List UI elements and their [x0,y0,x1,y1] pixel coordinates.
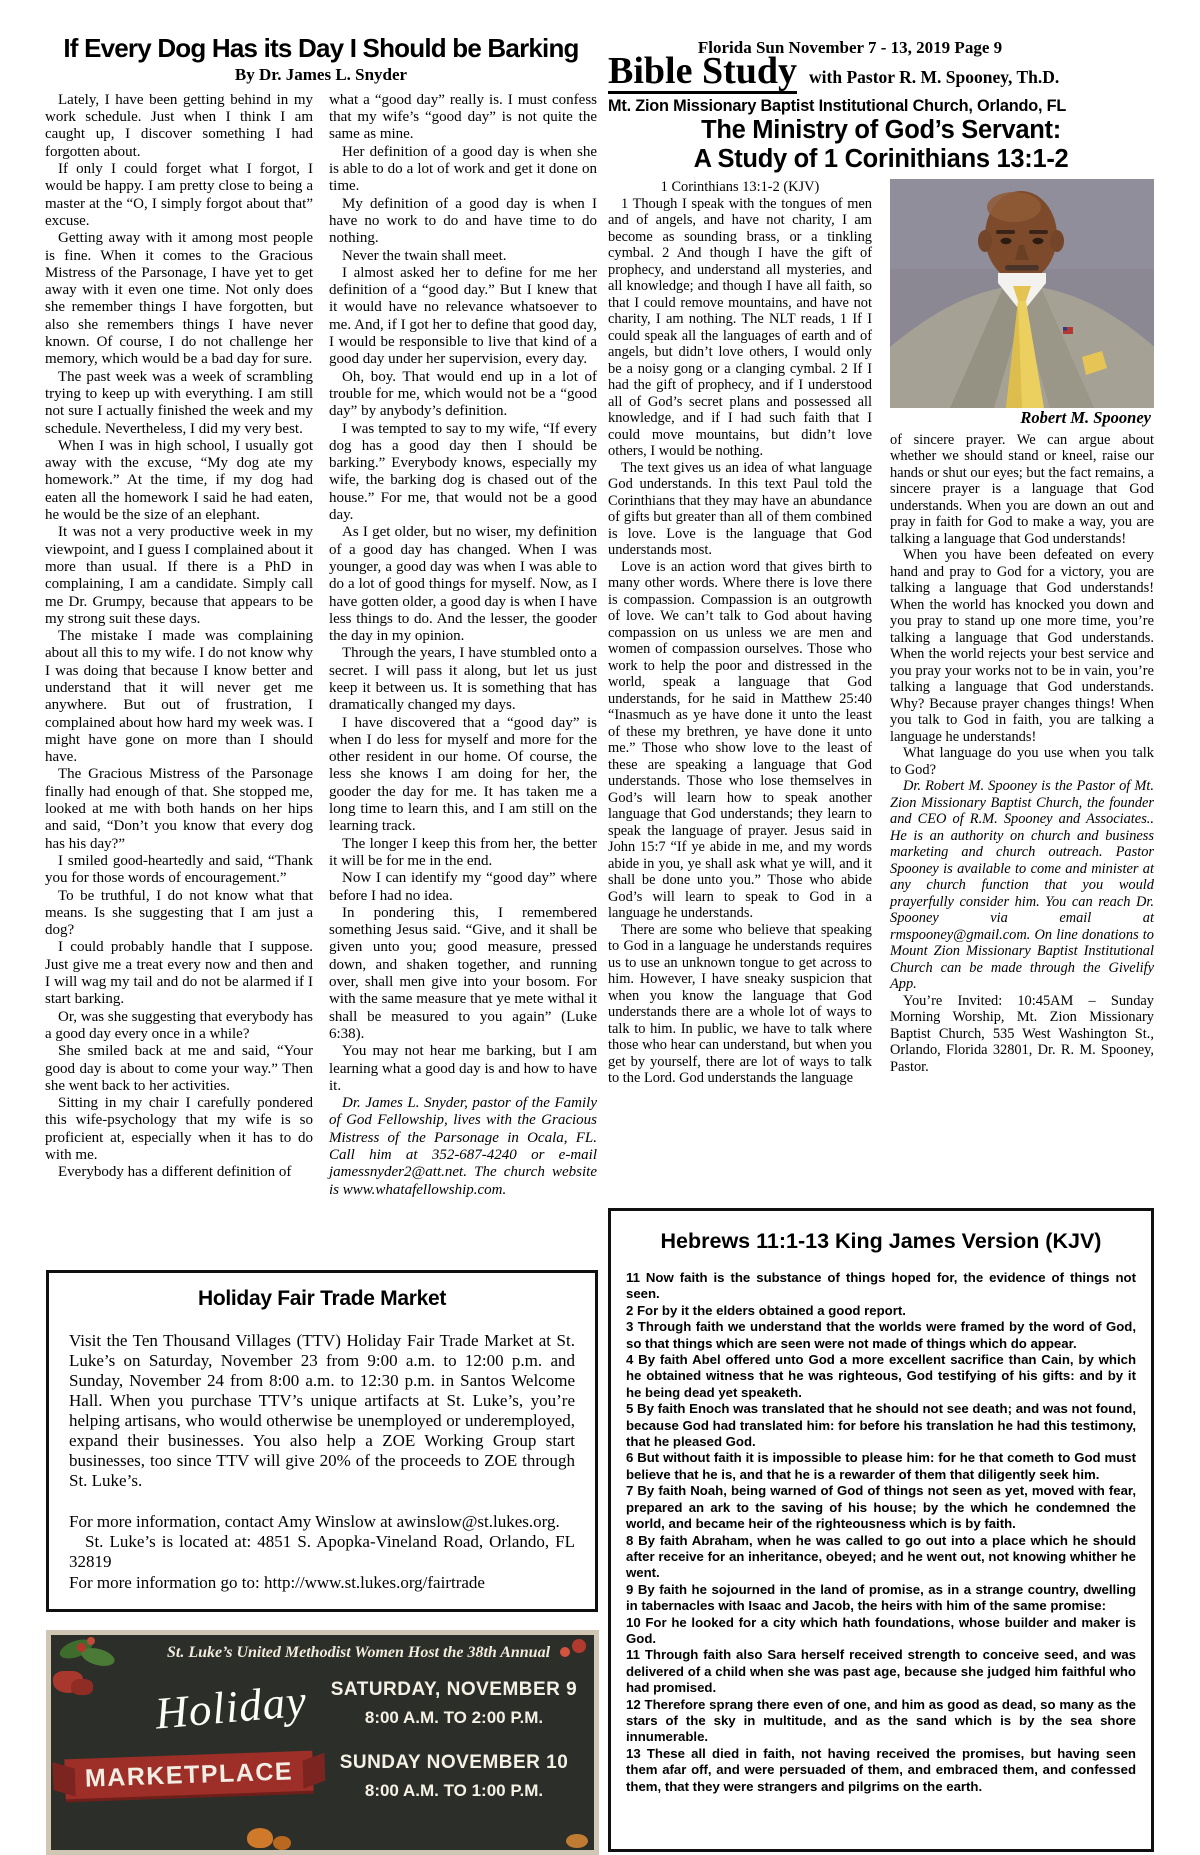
pastor-photo [890,179,1154,408]
article-paragraph: In pondering this, I remembered somethin… [329,905,597,1043]
hebrews-verse: 8 By faith Abraham, when he was called t… [626,1533,1136,1582]
article-paragraph: It was not a very productive week in my … [45,524,313,628]
sermon-title-line1: The Ministry of God’s Servant: [608,116,1154,145]
hebrews-verse: 9 By faith he sojourned in the land of p… [626,1582,1136,1615]
article-paragraph: To be truthful, I do not know what that … [45,888,313,940]
article-paragraph: The longer I keep this from her, the bet… [329,836,597,871]
holiday-url-line: For more information go to: http://www.s… [69,1573,575,1593]
article-column-2: what a “good day” really is. I must conf… [329,92,597,1199]
ad-holiday-script: Holiday [153,1674,309,1739]
bible-study-paragraph: of sincere prayer. We can argue about wh… [890,432,1154,548]
scripture-reference: 1 Corinthians 13:1-2 (KJV) [608,179,872,196]
bible-study-column-2-text: of sincere prayer. We can argue about wh… [890,432,1154,779]
bible-study-paragraph: 1 Though I speak with the tongues of men… [608,196,872,460]
article-paragraph: The mistake I made was complaining about… [45,628,313,766]
ad-saturday-hours: 8:00 A.M. TO 2:00 P.M. [318,1708,590,1728]
bible-study-column-1-text: 1 Though I speak with the tongues of men… [608,196,872,1087]
bible-study-column-1: 1 Corinthians 13:1-2 (KJV) 1 Though I sp… [608,179,872,1087]
ad-host-line: St. Luke’s United Methodist Women Host t… [129,1644,588,1662]
article-paragraph: I smiled good-heartedly and said, “Thank… [45,853,313,888]
bible-study-title: Bible Study [608,52,797,94]
article-paragraph: Everybody has a different definition of [45,1164,313,1181]
article-paragraph: I was tempted to say to my wife, “If eve… [329,421,597,525]
pastor-bio: Dr. Robert M. Spooney is the Pastor of M… [890,778,1154,993]
article-paragraph: Oh, boy. That would end up in a lot of t… [329,369,597,421]
article-paragraph: The past week was a week of scrambling t… [45,369,313,438]
article-column-2-text: what a “good day” really is. I must conf… [329,92,597,1095]
holiday-box-body: Visit the Ten Thousand Villages (TTV) Ho… [69,1331,575,1593]
article-paragraph: I almost asked her to define for me her … [329,265,597,369]
hebrews-verse: 11 Now faith is the substance of things … [626,1270,1136,1303]
bible-study-paragraph: The text gives us an idea of what langua… [608,460,872,559]
ad-marketplace-banner: MARKETPLACE [64,1751,313,1800]
holiday-fair-trade-box: Holiday Fair Trade Market Visit the Ten … [46,1270,598,1612]
article-paragraph: what a “good day” really is. I must conf… [329,92,597,144]
hebrews-scripture-box: Hebrews 11:1-13 King James Version (KJV)… [608,1208,1154,1852]
article-paragraph: I have discovered that a “good day” is w… [329,715,597,836]
bible-study-section: Bible Study with Pastor R. M. Spooney, T… [608,52,1154,1087]
hebrews-verse: 3 Through faith we understand that the w… [626,1319,1136,1352]
article-paragraph: Never the twain shall meet. [329,248,597,265]
bible-study-pastor-line: with Pastor R. M. Spooney, Th.D. [809,67,1059,87]
pumpkin-icon [247,1828,273,1848]
article-columns: Lately, I have been getting behind in my… [45,92,597,1199]
ad-saturday-date: SATURDAY, NOVEMBER 9 [318,1679,590,1701]
bible-study-column-2: Robert M. Spooney of sincere prayer. We … [890,179,1154,1087]
article-paragraph: If only I could forget what I forgot, I … [45,161,313,230]
bible-study-paragraph: When you have been defeated on every han… [890,547,1154,745]
hebrews-verse: 12 Therefore sprang there even of one, a… [626,1697,1136,1746]
church-name-line: Mt. Zion Missionary Baptist Institutiona… [608,97,1154,116]
holly-berry-icon [77,1643,86,1652]
holiday-contact-line: For more information, contact Amy Winslo… [69,1512,575,1532]
article-paragraph: When I was in high school, I usually got… [45,438,313,524]
article-paragraph: I could probably handle that I suppose. … [45,939,313,1008]
article-paragraph: She smiled back at me and said, “Your go… [45,1043,313,1095]
bible-study-heading-row: Bible Study with Pastor R. M. Spooney, T… [608,52,1154,94]
hebrews-verse: 11 Through faith also Sara herself recei… [626,1647,1136,1696]
bible-study-paragraph: There are some who believe that speaking… [608,922,872,1087]
article-paragraph: Her definition of a good day is when she… [329,144,597,196]
hebrews-verse: 4 By faith Abel offered unto God a more … [626,1352,1136,1401]
hebrews-verse: 6 But without faith it is impossible to … [626,1450,1136,1483]
article-paragraph: My definition of a good day is when I ha… [329,196,597,248]
holiday-marketplace-ad: St. Luke’s United Methodist Women Host t… [46,1630,599,1855]
hebrews-verses: 11 Now faith is the substance of things … [626,1270,1136,1795]
hebrews-verse: 10 For he looked for a city which hath f… [626,1615,1136,1648]
holly-berry-icon [87,1637,95,1645]
article-paragraph: As I get older, but no wiser, my definit… [329,524,597,645]
hebrews-verse: 7 By faith Noah, being warned of God of … [626,1483,1136,1532]
pumpkin-icon [566,1834,588,1848]
ad-schedule: SATURDAY, NOVEMBER 9 8:00 A.M. TO 2:00 P… [318,1679,590,1801]
bible-study-columns: 1 Corinthians 13:1-2 (KJV) 1 Though I sp… [608,179,1154,1087]
article-paragraph: Getting away with it among most people i… [45,230,313,368]
dog-article: If Every Dog Has its Day I Should be Bar… [45,34,597,1199]
article-byline: By Dr. James L. Snyder [45,65,597,85]
hebrews-verse: 2 For by it the elders obtained a good r… [626,1303,1136,1319]
article-paragraph: You may not hear me barking, but I am le… [329,1043,597,1095]
article-paragraph: Now I can identify my “good day” where b… [329,870,597,905]
holiday-paragraph: Visit the Ten Thousand Villages (TTV) Ho… [69,1331,575,1491]
hebrews-verse: 13 These all died in faith, not having r… [626,1746,1136,1795]
article-paragraph: Or, was she suggesting that everybody ha… [45,1009,313,1044]
photo-caption: Robert M. Spooney [890,410,1154,427]
bible-study-paragraph: Love is an action word that gives birth … [608,559,872,922]
invitation-paragraph: You’re Invited: 10:45AM – Sunday Morning… [890,993,1154,1076]
article-paragraph: Sitting in my chair I carefully pondered… [45,1095,313,1164]
bible-study-paragraph: What language do you use when you talk t… [890,745,1154,778]
ad-sunday-date: SUNDAY NOVEMBER 10 [318,1752,590,1774]
article-title: If Every Dog Has its Day I Should be Bar… [45,34,597,64]
ad-marketplace-banner-text: MARKETPLACE [84,1757,293,1793]
pumpkin-icon [273,1836,291,1850]
ad-sunday-hours: 8:00 A.M. TO 1:00 P.M. [318,1781,590,1801]
pastor-portrait-graphic [890,179,1154,408]
ribbon-bow-icon [71,1679,93,1695]
article-paragraph: The Gracious Mistress of the Parsonage f… [45,766,313,852]
sermon-title-line2: A Study of 1 Corinithians 13:1-2 [608,145,1154,174]
article-paragraph: Through the years, I have stumbled onto … [329,645,597,714]
article-column-1: Lately, I have been getting behind in my… [45,92,313,1199]
hebrews-box-title: Hebrews 11:1-13 King James Version (KJV) [626,1229,1136,1254]
article-paragraph: Lately, I have been getting behind in my… [45,92,313,161]
holiday-address-line: St. Luke’s is located at: 4851 S. Apopka… [69,1532,575,1572]
article-author-bio: Dr. James L. Snyder, pastor of the Famil… [329,1095,597,1199]
hebrews-verse: 5 By faith Enoch was translated that he … [626,1401,1136,1450]
holiday-box-title: Holiday Fair Trade Market [69,1287,575,1311]
